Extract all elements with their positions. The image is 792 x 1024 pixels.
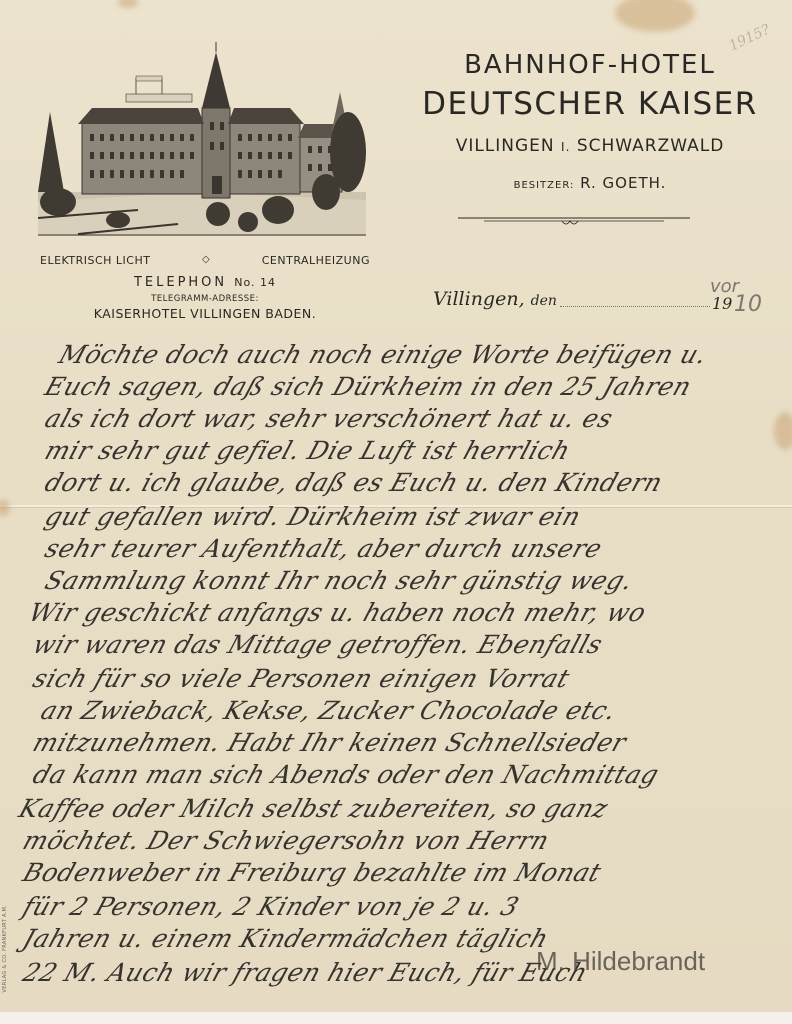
city-name: VILLINGEN [456,136,555,156]
telephone-line: TELEPHON No. 14 [40,275,370,290]
ornamental-divider [458,214,690,228]
letter-line: Wir geschickt anfangs u. haben noch mehr… [25,598,650,627]
hotel-owner: BESITZER: R. GOETH. [400,174,780,192]
pencil-note-vor: vor [710,276,739,297]
date-dotted-line [560,306,710,307]
letter-line: Möchte doch auch noch einige Worte beifü… [55,340,711,369]
letter-line: sich für so viele Personen einigen Vorra… [29,664,573,693]
letter-line: mitzunehmen. Habt Ihr keinen Schnellsied… [29,728,630,757]
letter-line: für 2 Personen, 2 Kinder von je 2 u. 3 [19,892,523,921]
letter-line: mir sehr gut gefiel. Die Luft ist herrli… [41,436,574,465]
letter-line: dort u. ich glaube, daß es Euch u. den K… [41,468,666,497]
scan-border [0,1012,792,1024]
side-printer-imprint: VERLAG & CO. FRANKFURT A.M. [2,905,8,992]
owner-name: R. GOETH. [580,174,666,192]
dateline: Villingen, den [433,288,557,310]
letter-line: sehr teurer Aufenthalt, aber durch unser… [41,534,606,563]
letter-line: da kann man sich Abends oder den Nachmit… [29,760,662,789]
region-name: SCHWARZWALD [577,136,724,156]
stain-right [774,412,792,450]
watermark: M. Hildebrandt [536,946,705,977]
telegram-address: KAISERHOTEL VILLINGEN BADEN. [40,306,370,321]
city-preposition: I. [561,140,570,154]
letter-line: möchtet. Der Schwiegersohn von Herrn [19,826,553,855]
letter-line: 22 M. Auch wir fragen hier Euch, für Euc… [19,958,591,987]
letter-line: gut gefallen wird. Dürkheim ist zwar ein [41,502,584,531]
letter-line: als ich dort war, sehr verschönert hat u… [41,404,616,433]
letter-line: Euch sagen, daß sich Dürkheim in den 25 … [41,372,695,401]
letter-line: Jahren u. einem Kindermädchen täglich [19,924,552,953]
diamond-separator-icon: ◇ [202,254,210,267]
owner-label: BESITZER: [514,180,575,191]
hotel-title-line1: BAHNHOF-HOTEL [400,50,780,80]
dateline-den: den [531,293,557,309]
letter-line: Sammlung konnt Ihr noch sehr günstig weg… [41,566,637,595]
letter-line: an Zwieback, Kekse, Zucker Chocolade etc… [37,696,620,725]
amenity-central-heating: CENTRALHEIZUNG [262,254,370,267]
hotel-location: VILLINGEN I. SCHWARZWALD [400,136,780,156]
letter-line: Bodenweber in Freiburg bezahlte im Monat [19,858,605,887]
dateline-place: Villingen, [433,288,525,310]
amenities-line: ELEKTRISCH LICHT ◇ CENTRALHEIZUNG [40,254,370,267]
letter-line: wir waren das Mittage getroffen. Ebenfal… [29,630,606,659]
letter-line: Kaffee oder Milch selbst zubereiten, so … [15,794,612,823]
telephone-label: TELEPHON [134,275,227,290]
telegram-label: TELEGRAMM-ADRESSE: [40,294,370,304]
amenity-electric-light: ELEKTRISCH LICHT [40,254,150,267]
hotel-illustration [38,42,366,236]
hotel-title-line2: DEUTSCHER KAISER [380,86,792,122]
telephone-number: No. 14 [234,276,276,289]
